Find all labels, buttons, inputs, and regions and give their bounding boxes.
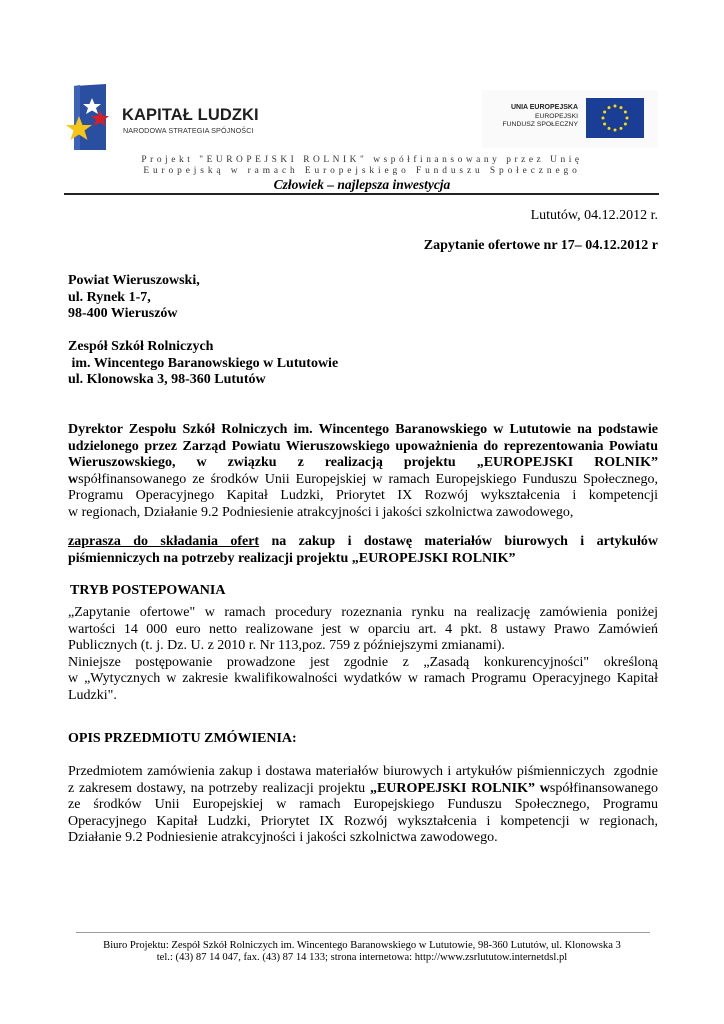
sender-line-2: im. Wincentego Baranowskiego w Lututowie [68, 356, 338, 373]
kapital-ludzki-subtitle: NARODOWA STRATEGIA SPÓJNOŚCI [123, 126, 254, 135]
subject-line-2-pre: z zakresem dostawy, na potrzeby realizac… [68, 781, 370, 796]
procedure-line-1: „Zapytanie ofertowe" w ramach procedury … [68, 605, 658, 622]
recipient-line-3: 98-400 Wieruszów [68, 306, 178, 323]
invitation-paragraph: zaprasza do składania ofert na zakup i d… [68, 534, 658, 567]
invitation-line-2: piśmienniczych na potrzeby realizacji pr… [68, 551, 658, 568]
kapital-ludzki-title: KAPITAŁ LUDZKI [122, 106, 259, 125]
subject-line-4: Operacyjnego Kapitał Ludzki, Priorytet I… [68, 814, 658, 831]
kapital-ludzki-flag-icon [66, 84, 110, 150]
word: z [298, 455, 304, 472]
intro-line-4: współfinansowanego ze środków Unii Europ… [68, 472, 658, 489]
footer-divider [76, 932, 650, 933]
word: związku [228, 455, 277, 472]
project-line-1: Projekt "EUROPEJSKI ROLNIK" współfinanso… [60, 155, 664, 165]
word: projektu [404, 455, 456, 472]
place-date: Lututów, 04.12.2012 r. [531, 208, 658, 225]
subject-line-2-post: spółfinansowanego [550, 781, 658, 796]
footer-line-2: tel.: (43) 87 14 047, fax. (43) 87 14 13… [60, 952, 664, 964]
intro-line-2: udzielonego przez Zarząd Powiatu Wierusz… [68, 439, 658, 456]
procedure-line-3: Publicznych (t. j. Dz. U. z 2010 r. Nr 1… [68, 638, 658, 655]
eu-logo-line1: UNIA EUROPEJSKA [496, 104, 578, 113]
procedure-line-5: w „Wytycznych w zakresie kwalifikowalnoś… [68, 671, 658, 688]
subject-heading: OPIS PRZEDMIOTU ZMÓWIENIA: [68, 731, 297, 748]
word: Wieruszowskiego, [68, 455, 175, 472]
invitation-line-1: zaprasza do składania ofert na zakup i d… [68, 534, 658, 551]
invitation-underlined: zaprasza do składania ofert [68, 534, 259, 549]
bold-w: w [68, 472, 78, 487]
procedure-line-4: Niniejsze postępowanie prowadzone jest z… [68, 655, 658, 672]
procedure-line-6: Ludzki". [68, 688, 658, 705]
intro-line-5: Programu Operacyjnego Kapitał Ludzki, Pr… [68, 488, 658, 505]
eu-logo-line3: FUNDUSZ SPOŁECZNY [496, 121, 578, 130]
intro-line-3: Wieruszowskiego, w związku z realizacją … [68, 455, 658, 472]
header-divider [64, 193, 659, 195]
intro-paragraph: Dyrektor Zespołu Szkół Rolniczych im. Wi… [68, 422, 658, 522]
project-line-2: Europejską w ramach Europejskiego Fundus… [60, 166, 664, 176]
subject-paragraph: Przedmiotem zamówienia zakup i dostawa m… [68, 764, 658, 847]
motto: Człowiek – najlepsza inwestycja [60, 177, 664, 193]
subject-line-3: ze środków Unii Europejskiej w ramach Eu… [68, 797, 658, 814]
recipient-line-2: ul. Rynek 1-7, [68, 290, 151, 307]
procedure-heading: TRYB POSTEPOWANIA [70, 583, 225, 600]
footer-line-1: Biuro Projektu: Zespół Szkół Rolniczych … [60, 940, 664, 952]
kapital-ludzki-logo: KAPITAŁ LUDZKI NARODOWA STRATEGIA SPÓJNO… [66, 84, 276, 150]
sender-line-3: ul. Klonowska 3, 98-360 Lututów [68, 372, 266, 389]
word: „EUROPEJSKI [477, 455, 573, 472]
procedure-line-2: wartości 14 000 euro netto realizowane j… [68, 622, 658, 639]
intro-line-6: w regionach, Działanie 9.2 Podniesienie … [68, 505, 658, 522]
eu-logo-text: UNIA EUROPEJSKA EUROPEJSKI FUNDUSZ SPOŁE… [496, 104, 578, 130]
eu-logo: UNIA EUROPEJSKA EUROPEJSKI FUNDUSZ SPOŁE… [482, 90, 658, 148]
word: realizacją [325, 455, 383, 472]
word: ROLNIK” [594, 455, 658, 472]
invitation-line-1-text: na zakup i dostawę materiałów biurowych … [259, 534, 658, 549]
sender-line-1: Zespół Szkół Rolniczych [68, 339, 213, 356]
intro-line-1: Dyrektor Zespołu Szkół Rolniczych im. Wi… [68, 422, 658, 439]
intro-line-4-text: spółfinansowanego ze środków Unii Europe… [78, 472, 658, 487]
eu-logo-line2: EUROPEJSKI [496, 113, 578, 122]
subject-line-2-bold: „EUROPEJSKI ROLNIK” w [370, 781, 550, 796]
procedure-paragraph: „Zapytanie ofertowe" w ramach procedury … [68, 605, 658, 705]
inquiry-title: Zapytanie ofertowe nr 17– 04.12.2012 r [424, 238, 658, 255]
recipient-line-1: Powiat Wieruszowski, [68, 273, 200, 290]
subject-line-1: Przedmiotem zamówienia zakup i dostawa m… [68, 764, 658, 781]
subject-line-5: Działanie 9.2 Podniesienie atrakcyjności… [68, 830, 658, 847]
subject-line-2: z zakresem dostawy, na potrzeby realizac… [68, 781, 658, 798]
eu-flag-icon [586, 98, 644, 138]
word: w [196, 455, 206, 472]
